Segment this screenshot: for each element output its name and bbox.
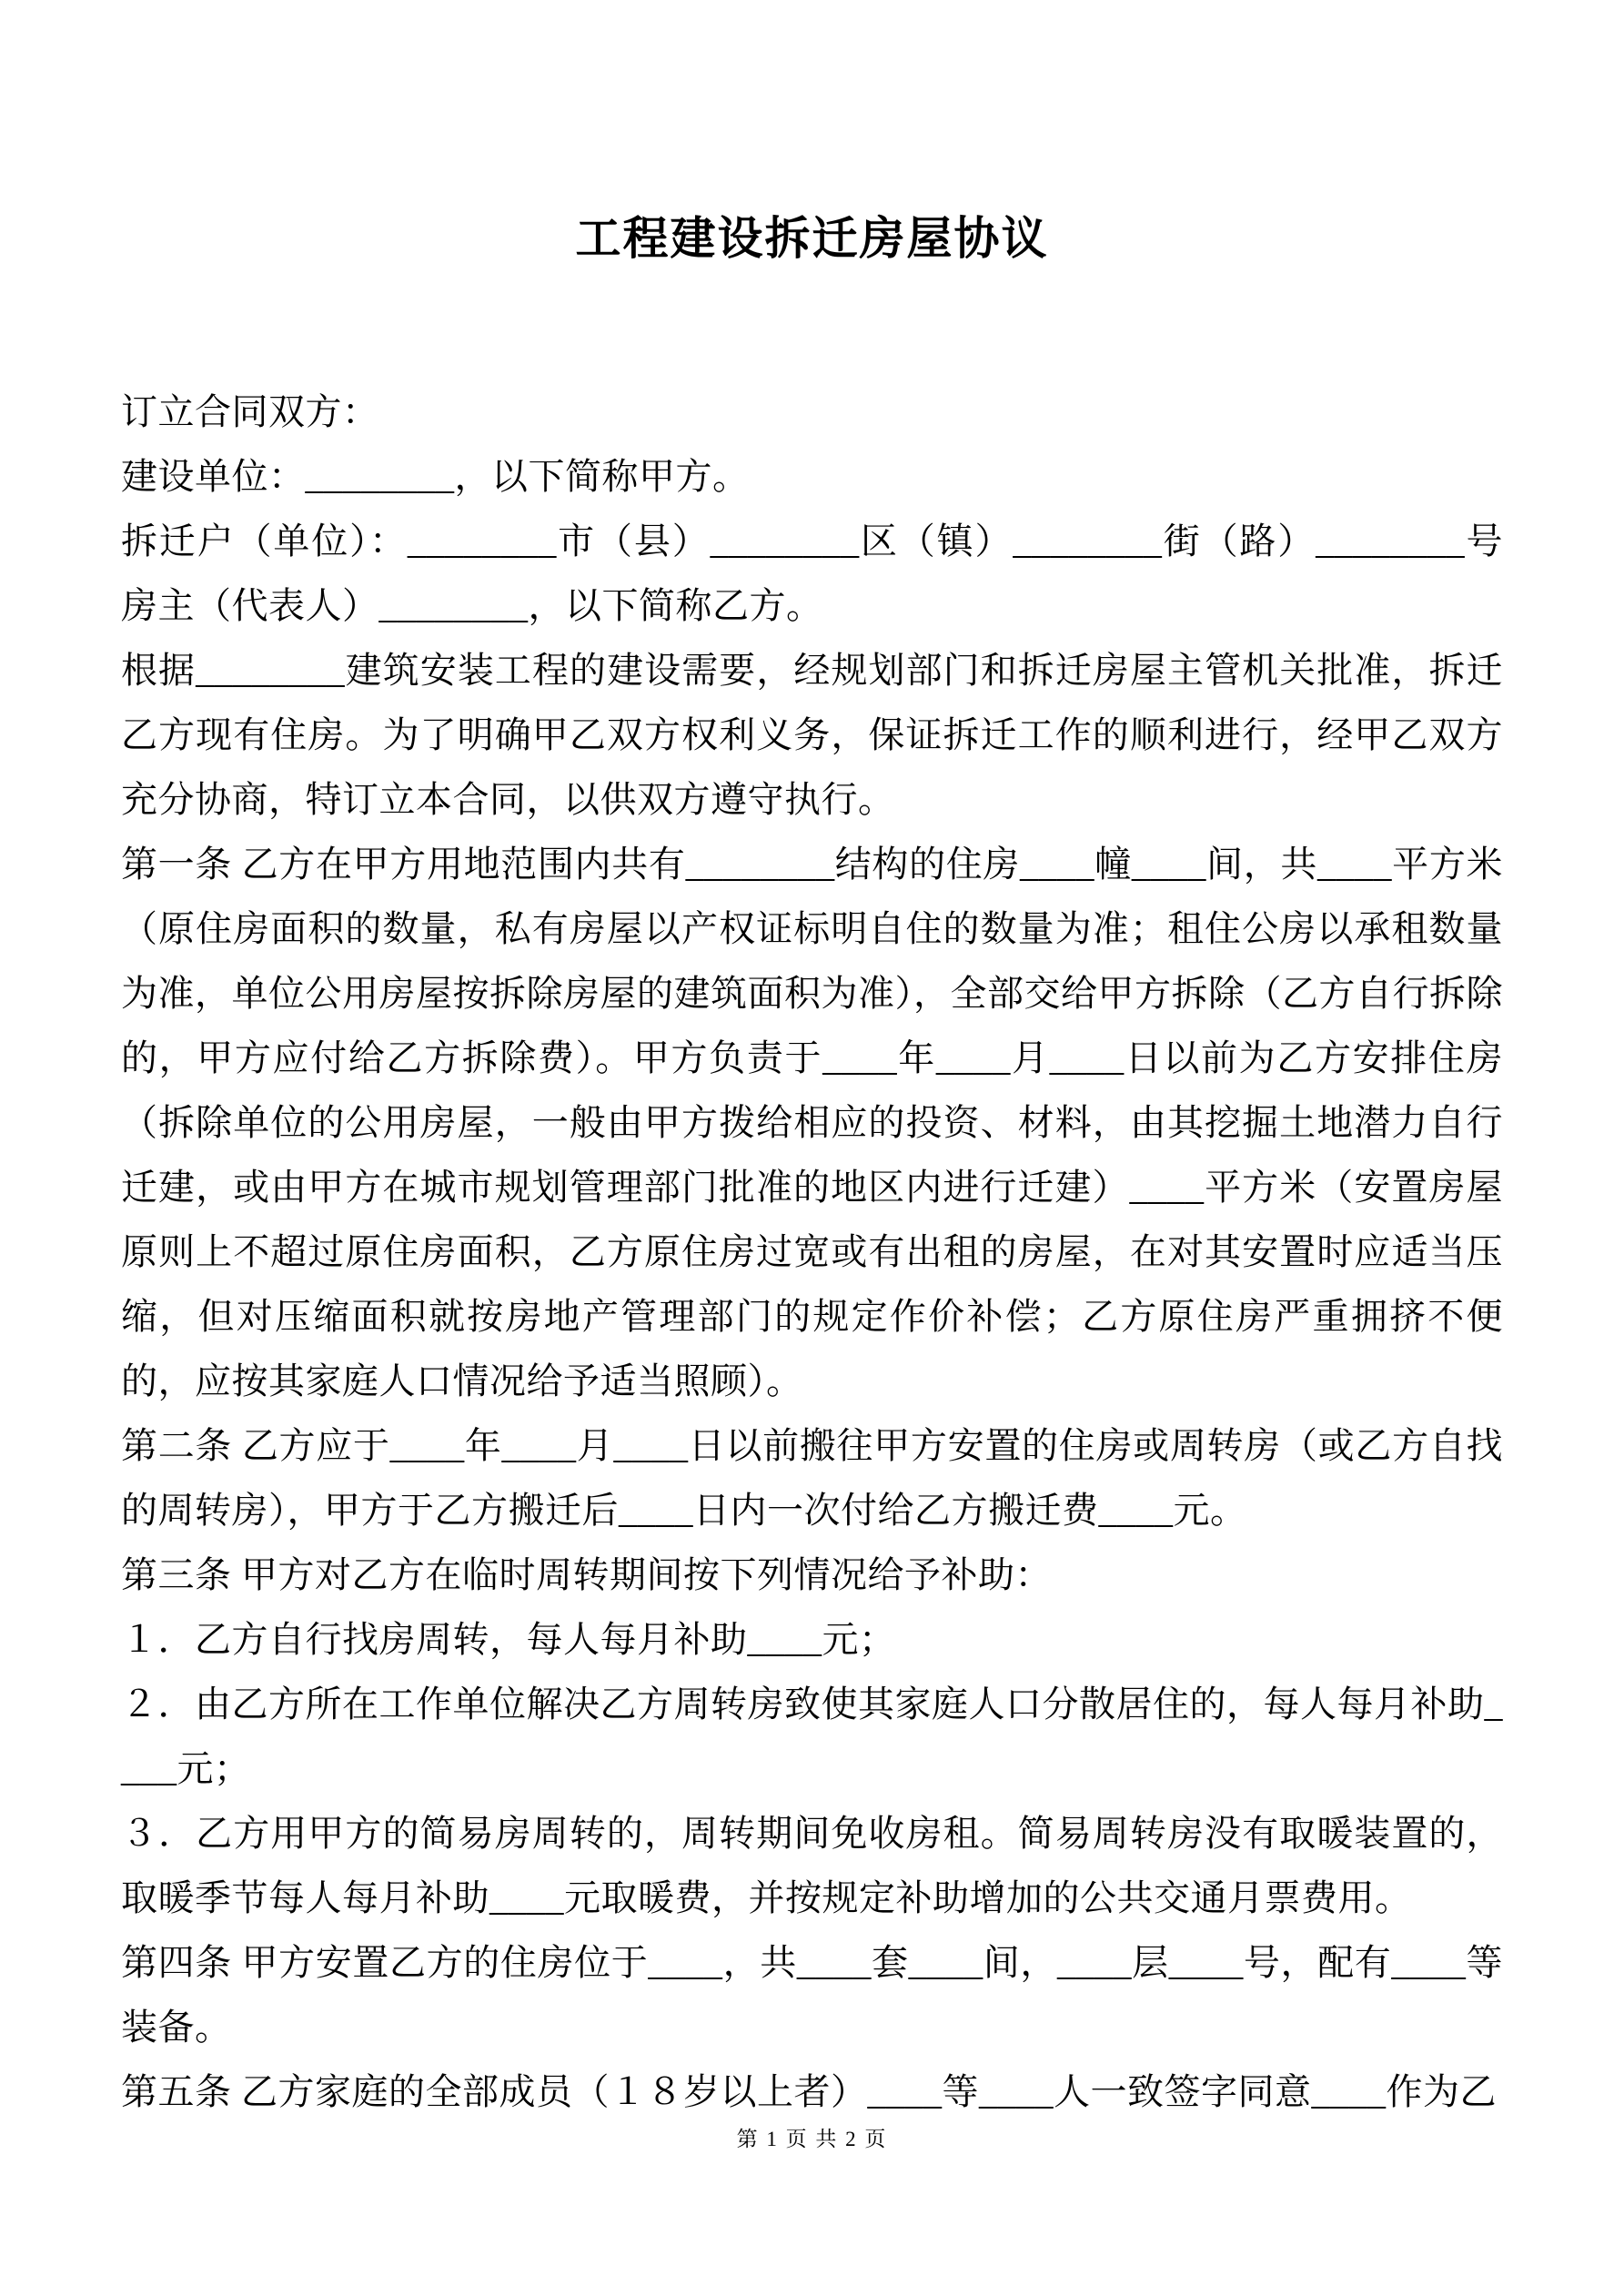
- document-title: 工程建设拆迁房屋协议: [121, 212, 1503, 265]
- paragraph-clause-1: 第一条 乙方在甲方用地范围内共有________结构的住房____幢____间，…: [121, 832, 1503, 1413]
- paragraph-clause-2: 第二条 乙方应于____年____月____日以前搬往甲方安置的住房或周转房（或…: [121, 1413, 1503, 1542]
- paragraph-clause-5: 第五条 乙方家庭的全部成员（１８岁以上者）____等____人一致签字同意___…: [121, 2059, 1503, 2124]
- document-page: 工程建设拆迁房屋协议 订立合同双方： 建设单位：________，以下简称甲方。…: [0, 0, 1624, 2296]
- paragraph-party-a: 建设单位：________，以下简称甲方。: [121, 444, 1503, 509]
- paragraph-clause-3: 第三条 甲方对乙方在临时周转期间按下列情况给予补助：: [121, 1542, 1503, 1607]
- document-body: 订立合同双方： 建设单位：________，以下简称甲方。 拆迁户（单位）：__…: [121, 379, 1503, 2124]
- paragraph-clause-3-item-1: １．乙方自行找房周转，每人每月补助____元；: [121, 1607, 1503, 1672]
- paragraph-preamble: 根据________建筑安装工程的建设需要，经规划部门和拆迁房屋主管机关批准，拆…: [121, 638, 1503, 832]
- paragraph-clause-4: 第四条 甲方安置乙方的住房位于____，共____套____间，____层___…: [121, 1930, 1503, 2059]
- paragraph-clause-3-item-2: ２．由乙方所在工作单位解决乙方周转房致使其家庭人口分散居住的，每人每月补助___…: [121, 1672, 1503, 1801]
- paragraph-parties-intro: 订立合同双方：: [121, 379, 1503, 444]
- page-number: 第 1 页 共 2 页: [0, 2126, 1624, 2153]
- paragraph-party-b: 拆迁户（单位）：________市（县）________区（镇）________…: [121, 509, 1503, 638]
- paragraph-clause-3-item-3: ３．乙方用甲方的简易房周转的，周转期间免收房租。简易周转房没有取暖装置的，取暖季…: [121, 1801, 1503, 1930]
